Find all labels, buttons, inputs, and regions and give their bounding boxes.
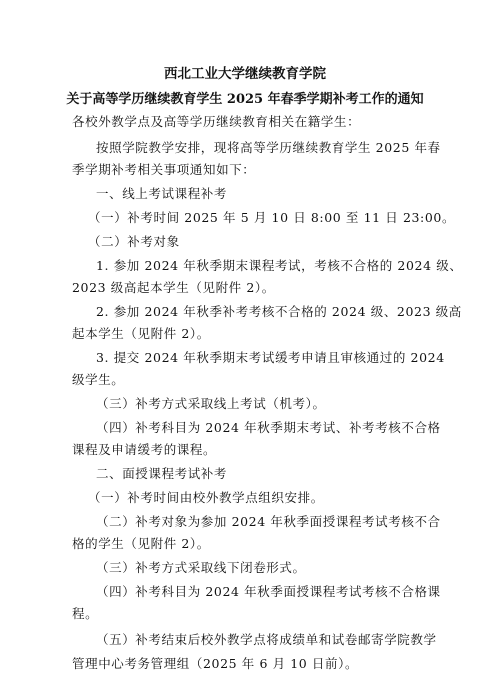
paragraph-line: 2023 级高起本学生（见附件 2）。 xyxy=(72,280,275,296)
paragraph-line: （一）补考时间由校外教学点组织安排。 xyxy=(88,490,324,506)
paragraph-line: （一）补考时间 2025 年 5 月 10 日 8:00 至 11 日 23:0… xyxy=(88,210,455,226)
paragraph-line: 课程及申请缓考的课程。 xyxy=(72,442,216,458)
paragraph-line: （四）补考科目为 2024 年秋季期末考试、补考考核不合格 xyxy=(96,420,441,436)
document-title: 西北工业大学继续教育学院 xyxy=(0,62,490,82)
document-page: 西北工业大学继续教育学院 关于高等学历继续教育学生 2025 年春季学期补考工作… xyxy=(0,0,490,696)
document-subtitle: 关于高等学历继续教育学生 2025 年春季学期补考工作的通知 xyxy=(0,88,490,107)
section-heading: 二、面授课程考试补考 xyxy=(96,466,227,482)
paragraph-line: （五）补考结束后校外教学点将成绩单和试卷邮寄学院教学 xyxy=(96,632,437,648)
paragraph-line: 1. 参加 2024 年秋季期末课程考试，考核不合格的 2024 级、 xyxy=(96,258,462,274)
paragraph-line: 起本学生（见附件 2）。 xyxy=(72,326,210,342)
paragraph-line: （二）补考对象为参加 2024 年秋季面授课程考试考核不合 xyxy=(96,514,441,530)
paragraph-line: 程。 xyxy=(72,606,98,622)
paragraph-line: （三）补考方式采取线下闭卷形式。 xyxy=(96,560,306,576)
paragraph-line: 级学生。 xyxy=(72,372,124,388)
salutation: 各校外教学点及高等学历继续教育相关在籍学生： xyxy=(72,114,360,130)
paragraph-line: 按照学院教学安排，现将高等学历继续教育学生 2025 年春 xyxy=(96,140,441,156)
paragraph-line: 2. 参加 2024 年秋季补考考核不合格的 2024 级、2023 级高 xyxy=(96,304,462,320)
section-heading: 一、线上考试课程补考 xyxy=(96,186,227,202)
paragraph-line: （四）补考科目为 2024 年秋季面授课程考试考核不合格课 xyxy=(96,584,441,600)
paragraph-line: （三）补考方式采取线上考试（机考）。 xyxy=(96,396,326,412)
paragraph-line: 格的学生（见附件 2）。 xyxy=(72,536,210,552)
paragraph-line: 管理中心考务管理组（2025 年 6 月 10 日前）。 xyxy=(72,656,358,672)
paragraph-line: （二）补考对象 xyxy=(88,234,180,250)
paragraph-line: 季学期补考相关事项通知如下： xyxy=(72,162,255,178)
paragraph-line: 3. 提交 2024 年秋季期末考试缓考申请且审核通过的 2024 xyxy=(96,350,445,366)
